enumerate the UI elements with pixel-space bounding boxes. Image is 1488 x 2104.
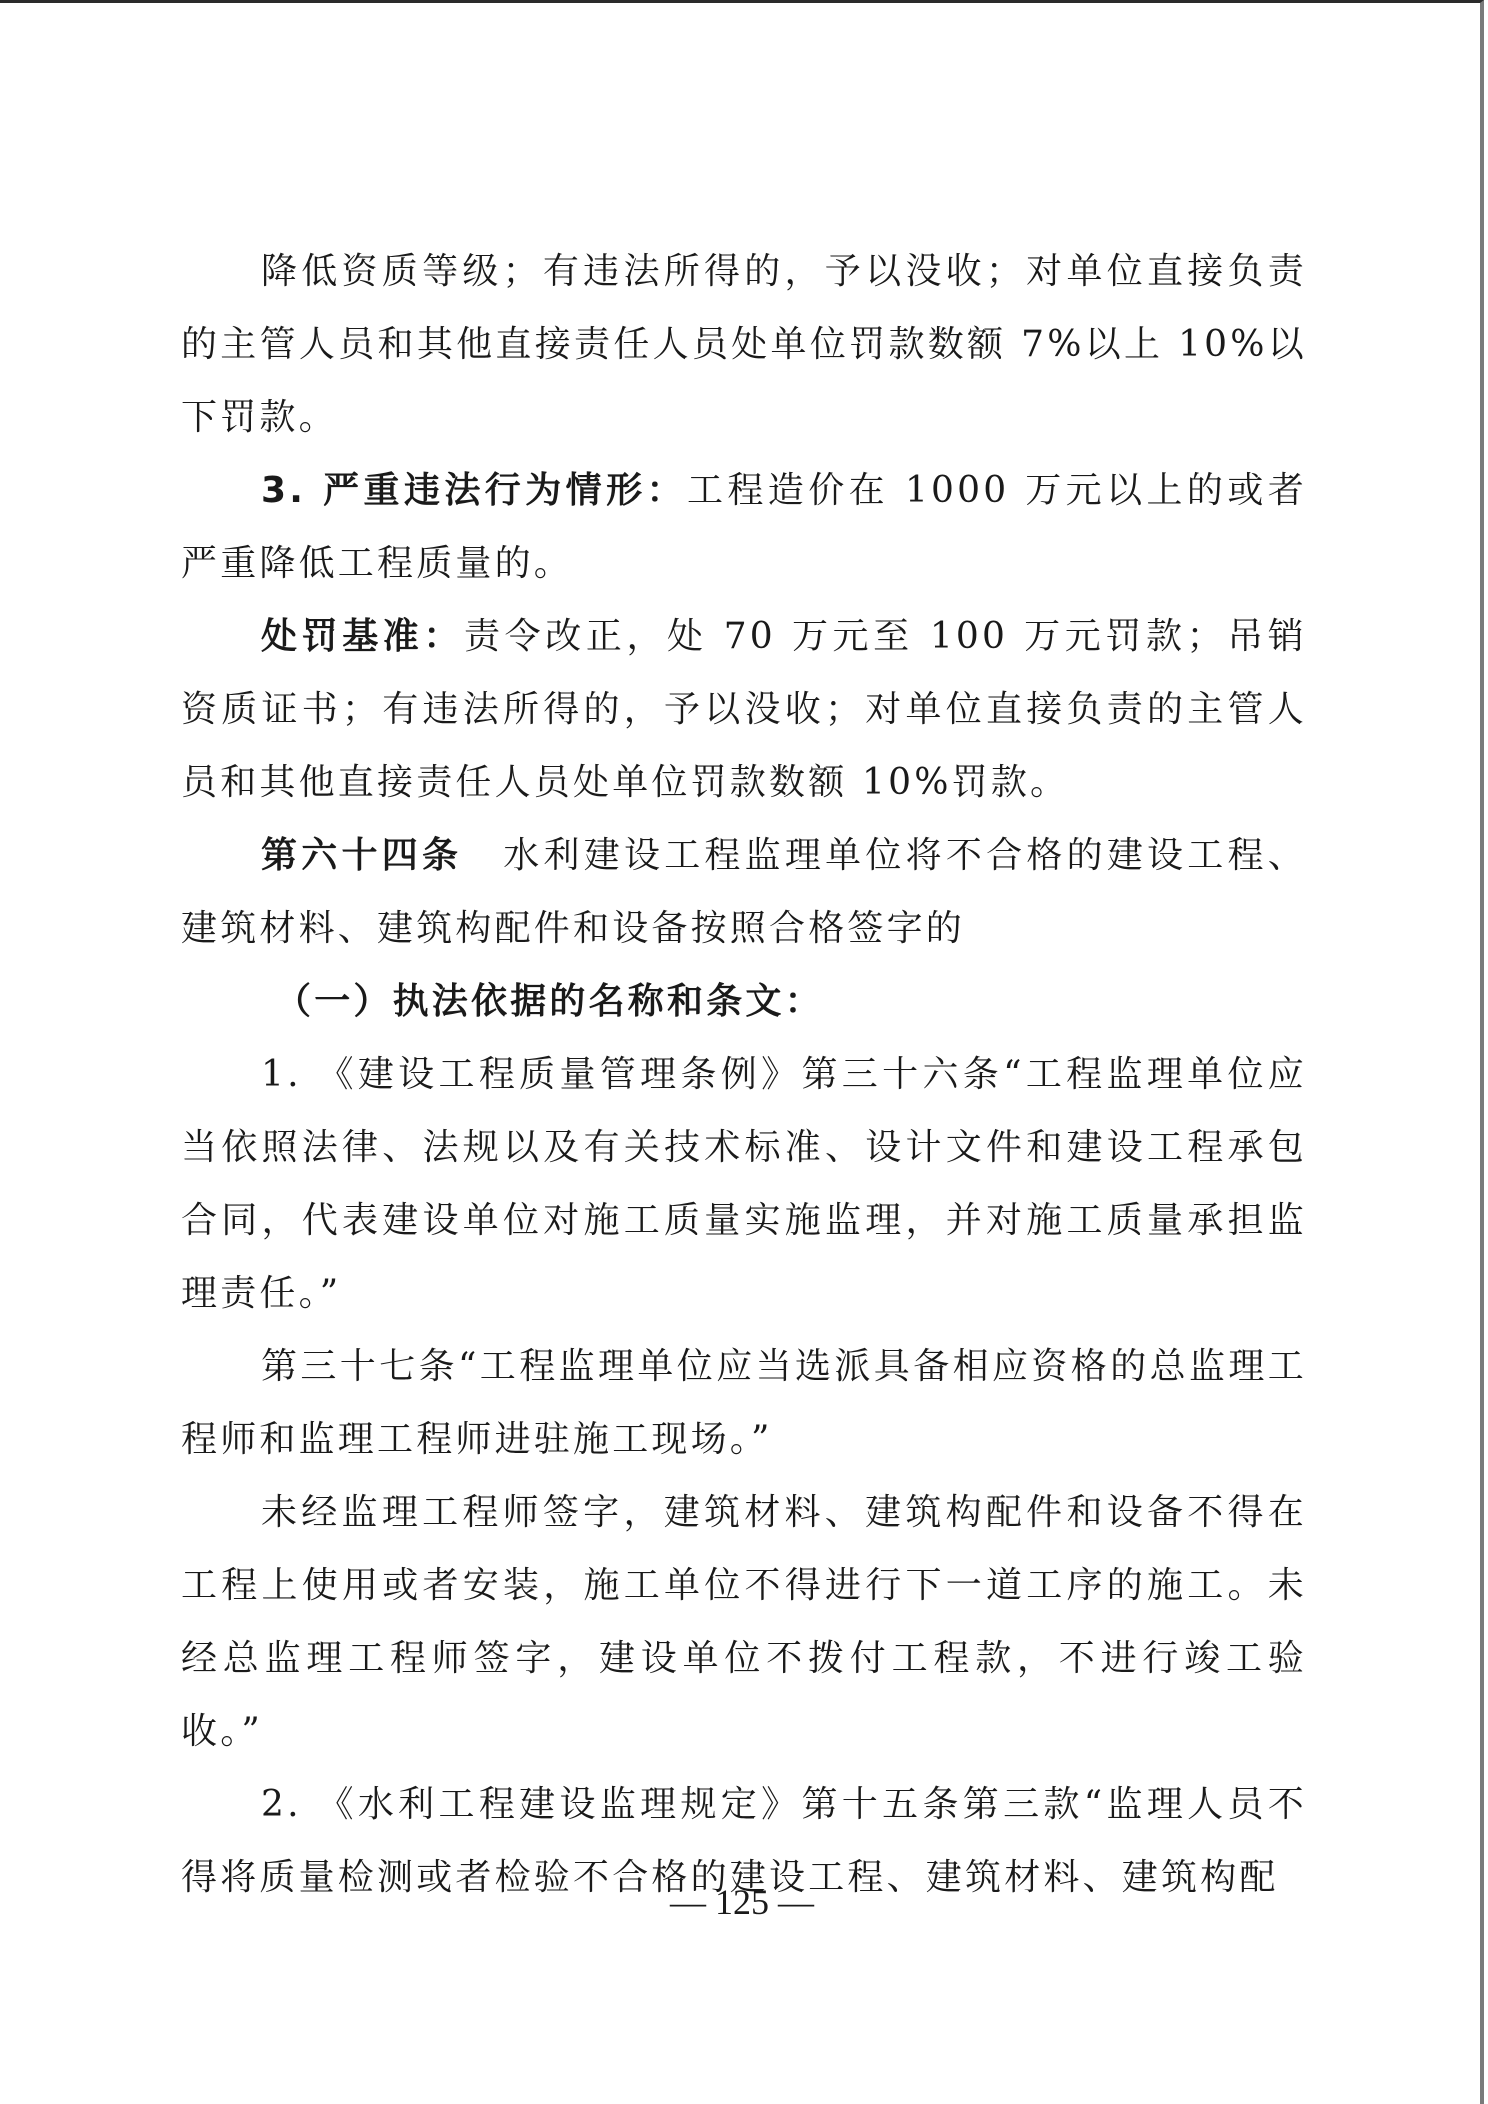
paragraph-text: 降低资质等级；有违法所得的，予以没收；对单位直接负责的主管人员和其他直接责任人员…: [181, 251, 1307, 438]
document-page: 降低资质等级；有违法所得的，予以没收；对单位直接负责的主管人员和其他直接责任人员…: [0, 0, 1484, 2104]
heading-text: （一）执法依据的名称和条文：: [275, 981, 824, 1022]
paragraph-text: 未经监理工程师签字，建筑材料、建筑构配件和设备不得在工程上使用或者安装，施工单位…: [181, 1492, 1307, 1752]
paragraph-lead: 处罚基准：: [261, 616, 464, 657]
section-heading: （一）执法依据的名称和条文：: [181, 965, 1307, 1038]
paragraph-penalty-standard: 处罚基准：责令改正，处 70 万元至 100 万元罚款；吊销资质证书；有违法所得…: [181, 600, 1307, 819]
paragraph-text: 1. 《建设工程质量管理条例》第三十六条“工程监理单位应当依照法律、法规以及有关…: [181, 1054, 1307, 1314]
page-number: — 125 —: [0, 1881, 1484, 1923]
paragraph-signature-requirement: 未经监理工程师签字，建筑材料、建筑构配件和设备不得在工程上使用或者安装，施工单位…: [181, 1476, 1307, 1768]
paragraph-regulation-37: 第三十七条“工程监理单位应当选派具备相应资格的总监理工程师和监理工程师进驻施工现…: [181, 1330, 1307, 1476]
paragraph-penalty-continuation: 降低资质等级；有违法所得的，予以没收；对单位直接负责的主管人员和其他直接责任人员…: [181, 235, 1307, 454]
paragraph-regulation-36: 1. 《建设工程质量管理条例》第三十六条“工程监理单位应当依照法律、法规以及有关…: [181, 1038, 1307, 1330]
body-text: 降低资质等级；有违法所得的，予以没收；对单位直接负责的主管人员和其他直接责任人员…: [181, 235, 1307, 1914]
paragraph-serious-violation: 3. 严重违法行为情形：工程造价在 1000 万元以上的或者严重降低工程质量的。: [181, 454, 1307, 600]
article-title: 第六十四条: [261, 835, 462, 876]
paragraph-lead: 3. 严重违法行为情形：: [261, 470, 687, 511]
paragraph-article-64: 第六十四条水利建设工程监理单位将不合格的建设工程、建筑材料、建筑构配件和设备按照…: [181, 819, 1307, 965]
paragraph-text: 第三十七条“工程监理单位应当选派具备相应资格的总监理工程师和监理工程师进驻施工现…: [181, 1346, 1307, 1460]
